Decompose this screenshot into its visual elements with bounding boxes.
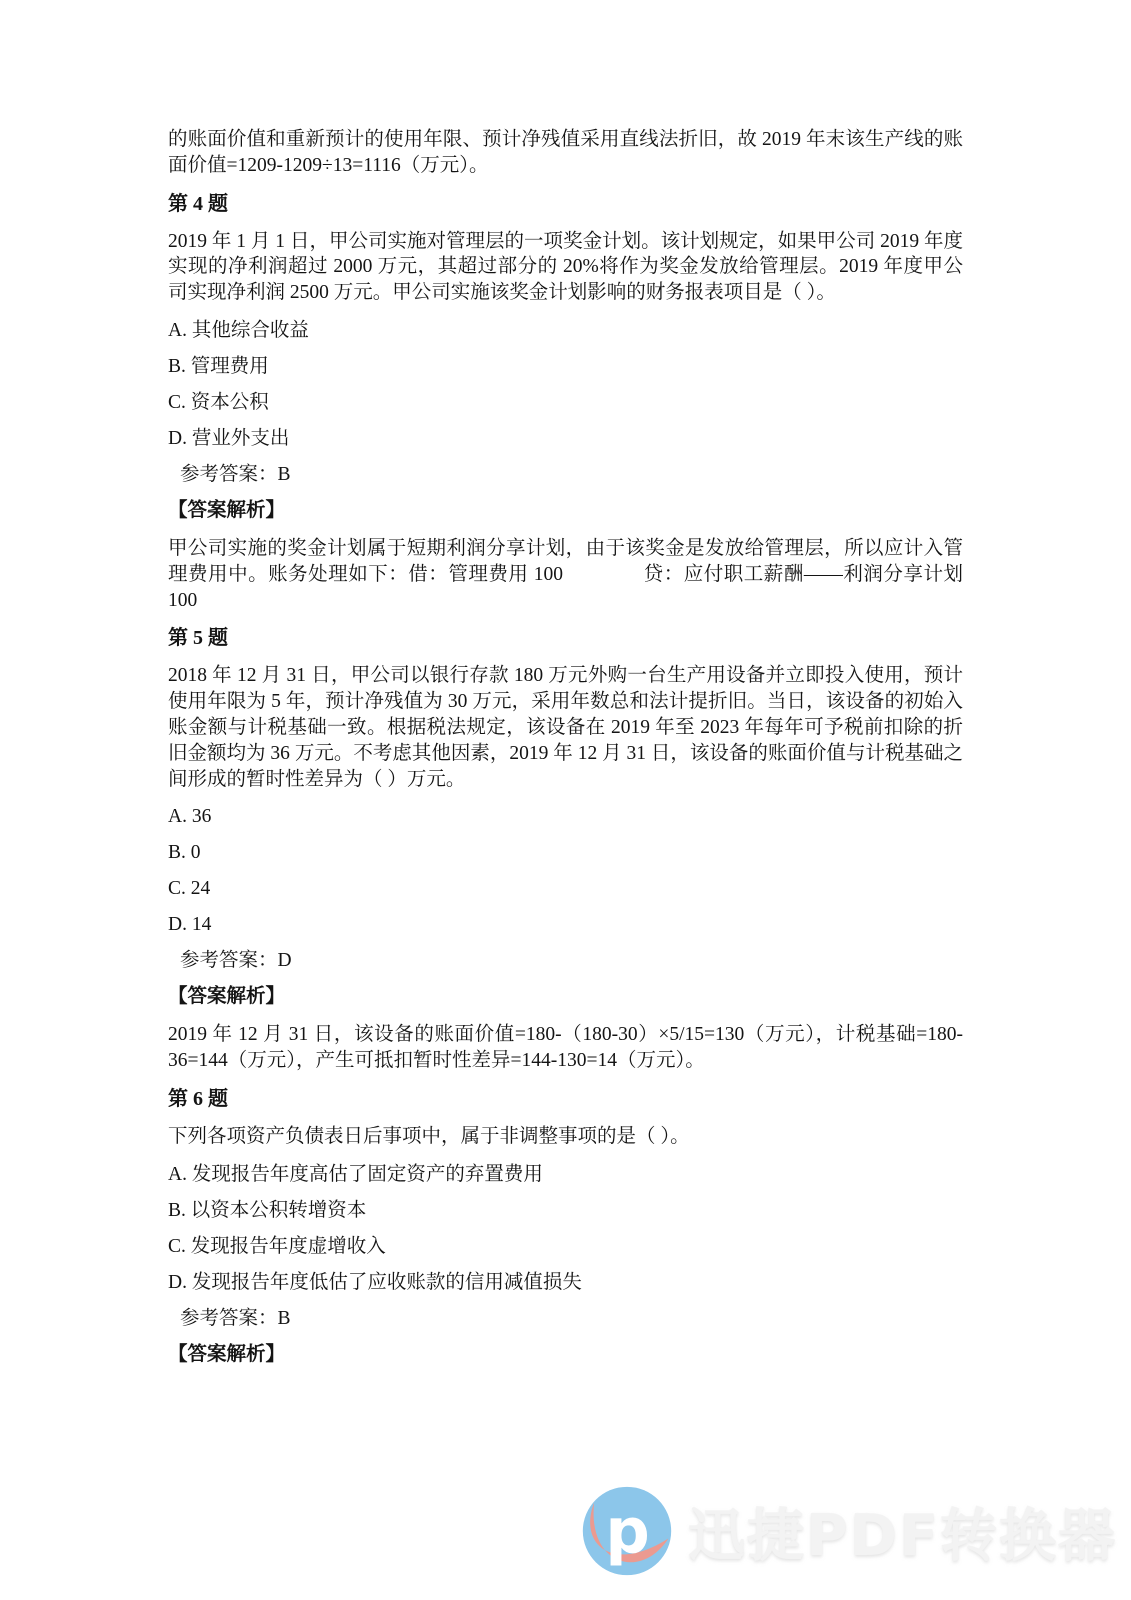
question-5-heading: 第 5 题 [168,625,963,651]
question-4-option-a: A. 其他综合收益 [168,318,963,344]
question-6-heading: 第 6 题 [168,1086,963,1112]
question-4-option-b: B. 管理费用 [168,354,963,380]
question-5-analysis-label: 【答案解析】 [168,984,963,1010]
answer-label: 参考答案： [180,464,278,485]
question-5-stem: 2018 年 12 月 31 日，甲公司以银行存款 180 万元外购一台生产用设… [168,663,963,792]
pdf-converter-logo-icon: p [580,1484,674,1578]
question-4-analysis: 甲公司实施的奖金计划属于短期利润分享计划，由于该奖金是发放给管理层，所以应计入管… [168,536,963,613]
question-4-option-c: C. 资本公积 [168,390,963,416]
question-5-analysis: 2019 年 12 月 31 日，该设备的账面价值=180-（180-30）×5… [168,1022,963,1074]
document-page: 的账面价值和重新预计的使用年限、预计净残值采用直线法折旧，故 2019 年末该生… [168,127,963,1380]
answer-value: D [278,950,292,971]
pdf-converter-watermark: p 迅捷PDF转换器 [580,1484,1117,1578]
question-4-heading: 第 4 题 [168,191,963,217]
answer-label: 参考答案： [180,950,278,971]
question-4-stem: 2019 年 1 月 1 日，甲公司实施对管理层的一项奖金计划。该计划规定，如果… [168,229,963,306]
question-6-stem: 下列各项资产负债表日后事项中，属于非调整事项的是（ ）。 [168,1124,963,1150]
question-5-option-a: A. 36 [168,804,963,830]
question-6-option-b: B. 以资本公积转增资本 [168,1198,963,1224]
question-6-option-c: C. 发现报告年度虚增收入 [168,1234,963,1260]
answer-value: B [278,1308,291,1329]
question-6-option-a: A. 发现报告年度高估了固定资产的弃置费用 [168,1162,963,1188]
question-4-analysis-label: 【答案解析】 [168,498,963,524]
question-4-option-d: D. 营业外支出 [168,426,963,452]
watermark-brand-text: 迅捷PDF转换器 [688,1490,1117,1572]
answer-label: 参考答案： [180,1308,278,1329]
question-5-reference-answer: 参考答案：D [168,948,963,974]
question-6-option-d: D. 发现报告年度低估了应收账款的信用减值损失 [168,1270,963,1296]
previous-analysis-continued: 的账面价值和重新预计的使用年限、预计净残值采用直线法折旧，故 2019 年末该生… [168,127,963,179]
question-5-option-b: B. 0 [168,840,963,866]
question-4-reference-answer: 参考答案：B [168,462,963,488]
question-6-analysis-label: 【答案解析】 [168,1342,963,1368]
question-5-option-d: D. 14 [168,912,963,938]
logo-letter-p: p [605,1495,649,1568]
question-6-reference-answer: 参考答案：B [168,1306,963,1332]
question-5-option-c: C. 24 [168,876,963,902]
answer-value: B [278,464,291,485]
